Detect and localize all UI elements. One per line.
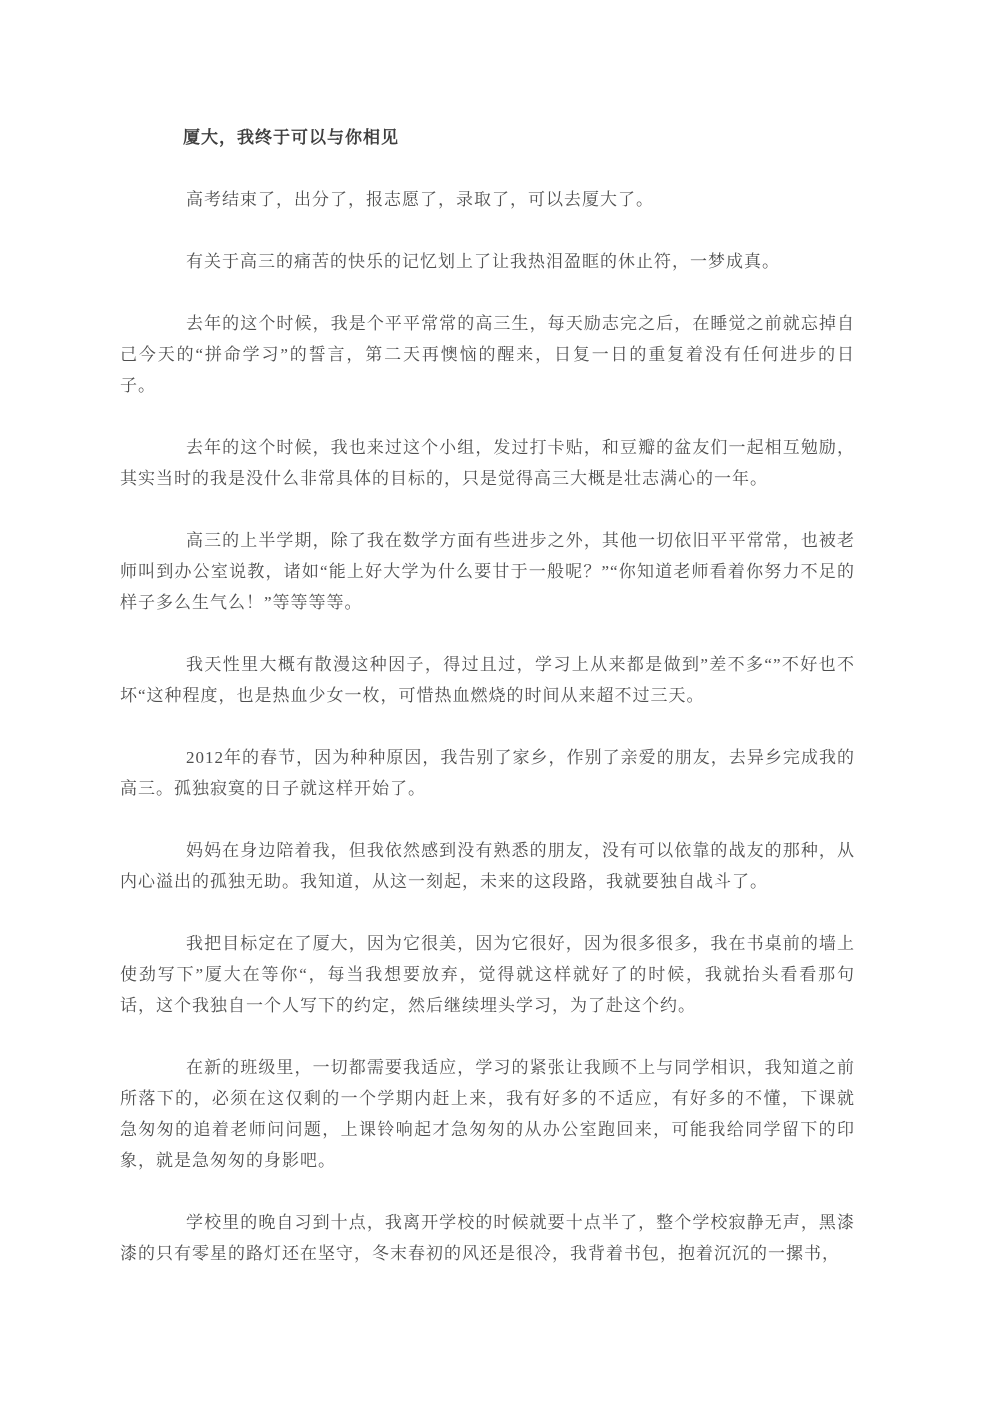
- document-page: 厦大，我终于可以与你相见 高考结束了，出分了，报志愿了，录取了，可以去厦大了。 …: [0, 0, 993, 1404]
- paragraph: 去年的这个时候，我也来过这个小组，发过打卡贴，和豆瓣的盆友们一起相互勉励，其实当…: [120, 432, 855, 494]
- paragraph: 妈妈在身边陪着我，但我依然感到没有熟悉的朋友，没有可以依靠的战友的那种，从内心溢…: [120, 835, 855, 897]
- paragraph: 学校里的晚自习到十点，我离开学校的时候就要十点半了，整个学校寂静无声，黑漆漆的只…: [120, 1207, 855, 1269]
- paragraph: 我天性里大概有散漫这种因子，得过且过，学习上从来都是做到”差不多“”不好也不坏“…: [120, 649, 855, 711]
- paragraph: 有关于高三的痛苦的快乐的记忆划上了让我热泪盈眶的休止符，一梦成真。: [120, 246, 855, 277]
- paragraph: 高三的上半学期，除了我在数学方面有些进步之外，其他一切依旧平平常常，也被老师叫到…: [120, 525, 855, 618]
- document-title: 厦大，我终于可以与你相见: [120, 122, 855, 153]
- paragraph: 2012年的春节，因为种种原因，我告别了家乡，作别了亲爱的朋友，去异乡完成我的高…: [120, 742, 855, 804]
- paragraph: 去年的这个时候，我是个平平常常的高三生，每天励志完之后，在睡觉之前就忘掉自己今天…: [120, 308, 855, 401]
- paragraph: 我把目标定在了厦大，因为它很美，因为它很好，因为很多很多，我在书桌前的墙上使劲写…: [120, 928, 855, 1021]
- paragraph: 高考结束了，出分了，报志愿了，录取了，可以去厦大了。: [120, 184, 855, 215]
- paragraph: 在新的班级里，一切都需要我适应，学习的紧张让我顾不上与同学相识，我知道之前所落下…: [120, 1052, 855, 1176]
